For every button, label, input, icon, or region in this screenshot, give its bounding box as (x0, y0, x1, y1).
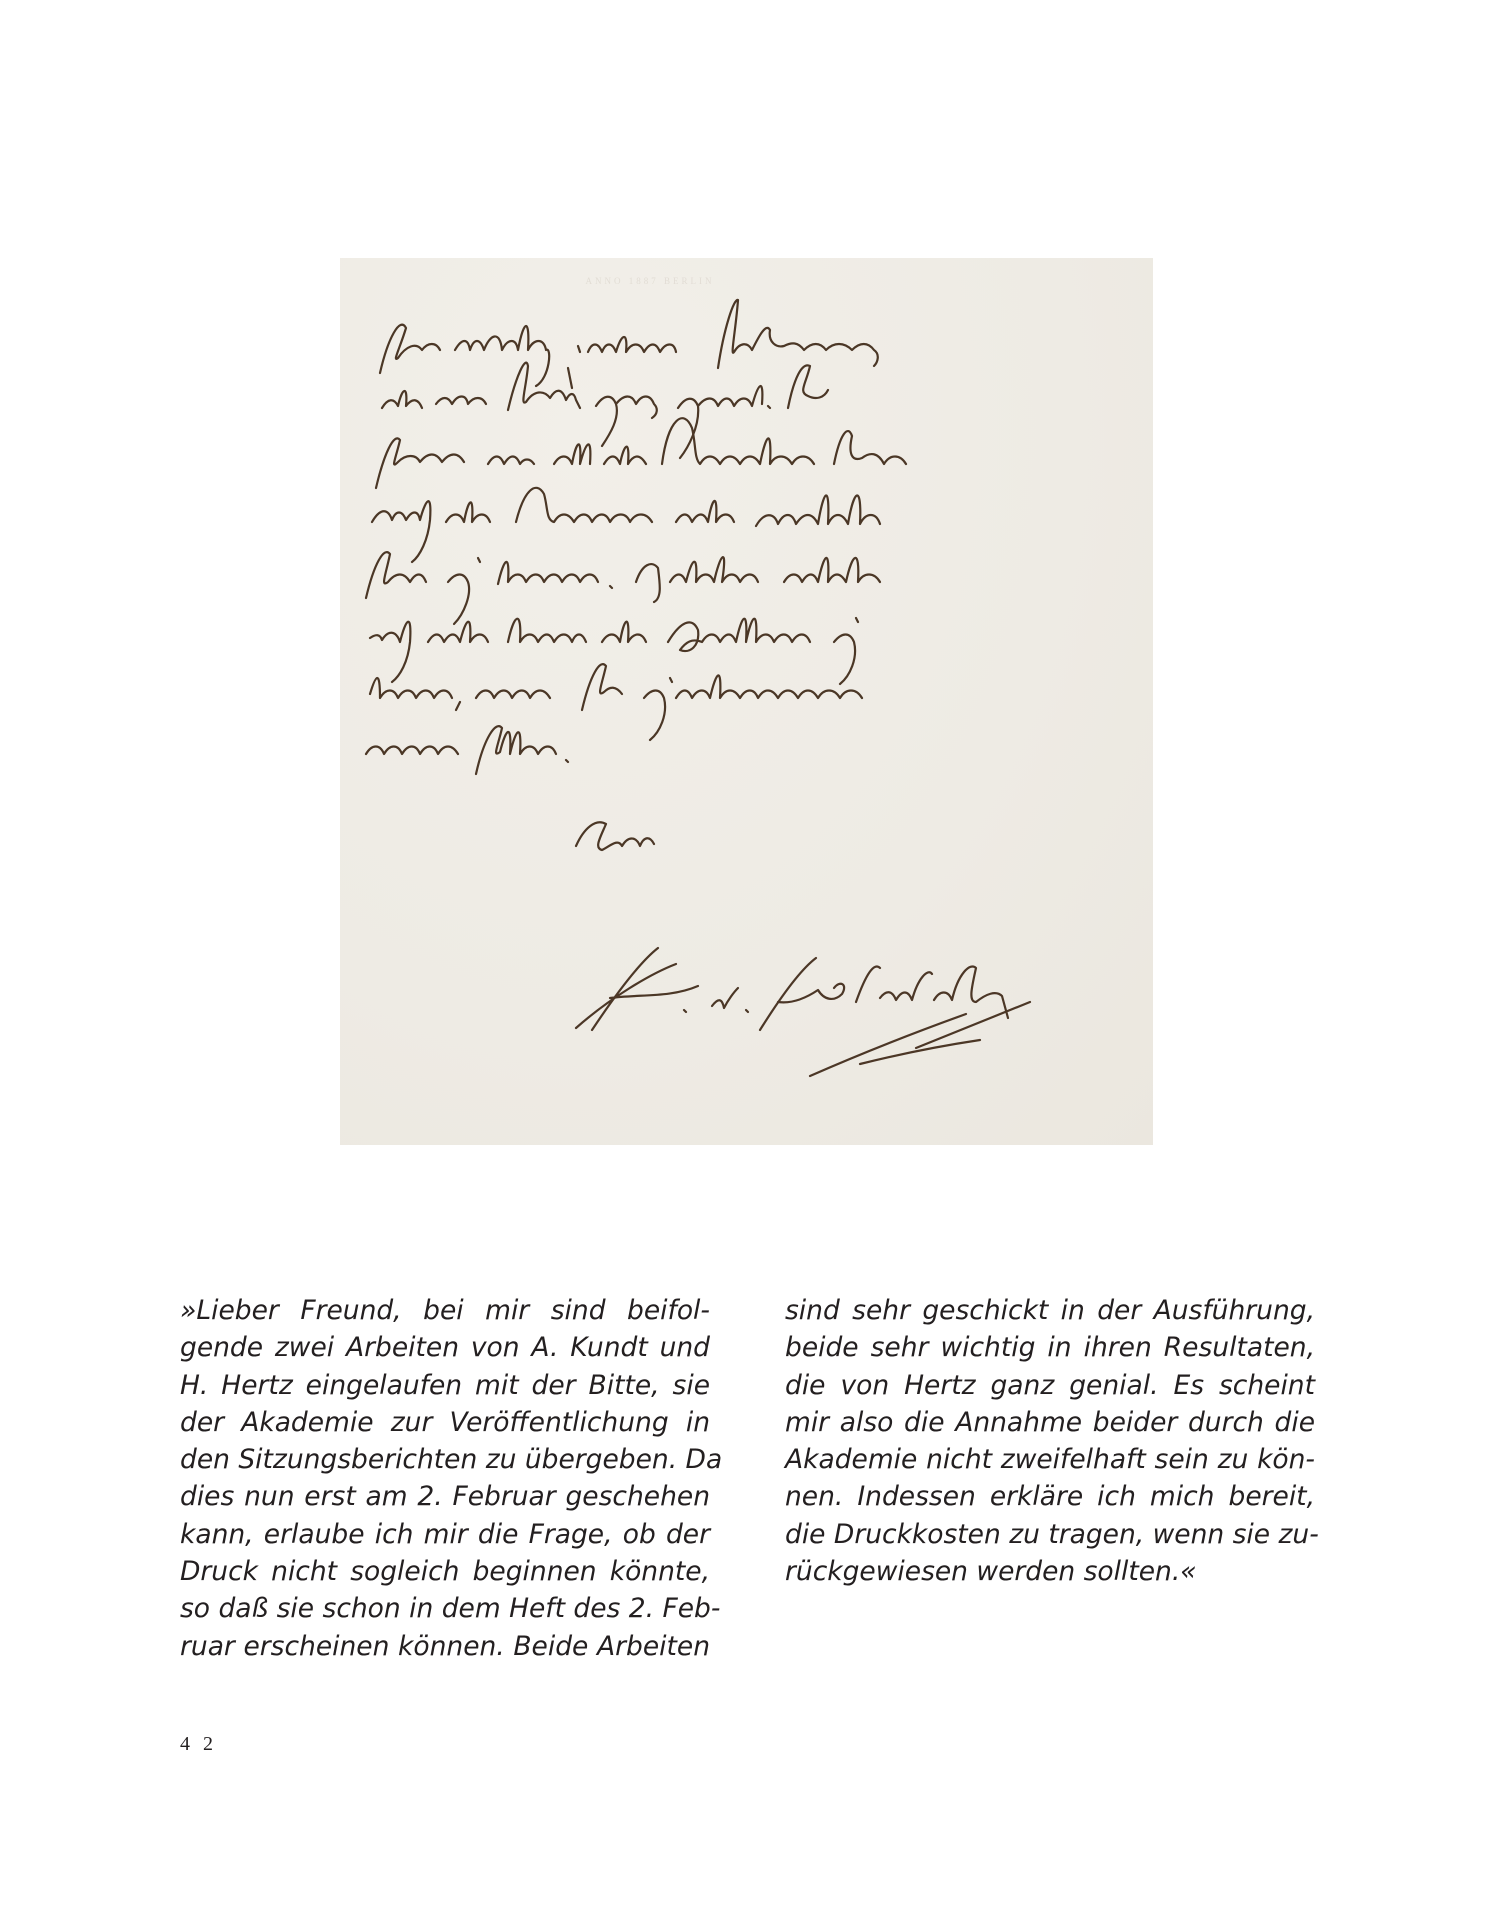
page-number: 4 2 (180, 1733, 217, 1756)
text-line: gende zwei Arbeiten von A. Kundt und (180, 1329, 710, 1366)
text-line: sind sehr geschickt in der Ausführung, (785, 1292, 1315, 1329)
text-line: kann, erlaube ich mir die Frage, ob der (180, 1516, 710, 1553)
handwritten-letter-image: ANNO 1887 BERLIN (340, 258, 1153, 1145)
text-line: H. Hertz eingelaufen mit der Bitte, sie (180, 1367, 710, 1404)
text-line: die von Hertz ganz genial. Es scheint (785, 1367, 1315, 1404)
text-line: der Akademie zur Veröffentlichung in (180, 1404, 710, 1441)
book-page: ANNO 1887 BERLIN (0, 0, 1496, 1929)
text-line: ruar erscheinen können. Beide Arbeiten (180, 1628, 710, 1665)
text-line: Akademie nicht zweifelhaft sein zu kön- (785, 1441, 1315, 1478)
text-line: mir also die Annahme beider durch die (785, 1404, 1315, 1441)
text-line: nen. Indessen erkläre ich mich bereit, (785, 1478, 1315, 1515)
text-line: rückgewiesen werden sollten.« (785, 1553, 1315, 1590)
text-line: »Lieber Freund, bei mir sind beifol- (180, 1292, 710, 1329)
text-line: den Sitzungsberichten zu übergeben. Da (180, 1441, 710, 1478)
text-line: beide sehr wichtig in ihren Resultaten, (785, 1329, 1315, 1366)
handwriting-strokes (340, 258, 1153, 1145)
text-line: so daß sie schon in dem Heft des 2. Feb- (180, 1590, 710, 1627)
text-line: die Druckkosten zu tragen, wenn sie zu- (785, 1516, 1315, 1553)
text-line: dies nun erst am 2. Februar geschehen (180, 1478, 710, 1515)
letter-transcription-left-column: »Lieber Freund, bei mir sind beifol- gen… (180, 1292, 710, 1665)
text-line: Druck nicht sogleich beginnen könnte, (180, 1553, 710, 1590)
letter-transcription-right-column: sind sehr geschickt in der Ausführung, b… (785, 1292, 1315, 1590)
